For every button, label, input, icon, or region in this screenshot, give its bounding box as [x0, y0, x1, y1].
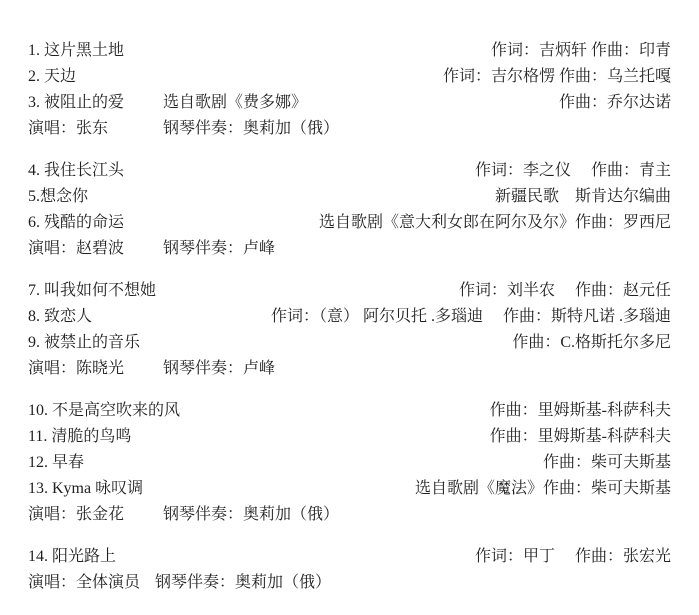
song-credit: 作曲：乔尔达诺 — [559, 90, 671, 116]
song-credit: 选自歌剧《魔法》作曲：柴可夫斯基 — [415, 476, 671, 502]
song-title: 7. 叫我如何不想她 — [28, 278, 156, 304]
song-credit: 作曲：C.格斯托尔多尼 — [512, 330, 671, 356]
performer-row: 演唱：张金花 钢琴伴奏：奥莉加（俄） — [0, 502, 699, 528]
song-title: 14. 阳光路上 — [28, 544, 116, 570]
performer-row: 演唱：赵碧波 钢琴伴奏：卢峰 — [0, 236, 699, 262]
song-title: 6. 残酷的命运 — [28, 210, 124, 236]
song-row: 2. 天边 作词：吉尔格愣 作曲：乌兰托嘎 — [0, 64, 699, 90]
performer-pianist: 钢琴伴奏：卢峰 — [163, 236, 275, 262]
song-row: 6. 残酷的命运 选自歌剧《意大利女郎在阿尔及尔》作曲：罗西尼 — [0, 210, 699, 236]
performer-singer: 演唱：赵碧波 — [28, 236, 124, 262]
program-document: 1. 这片黑土地 作词：吉炳轩 作曲：印青 2. 天边 作词：吉尔格愣 作曲：乌… — [0, 0, 699, 615]
song-title: 11. 清脆的鸟鸣 — [28, 424, 131, 450]
song-title: 3. 被阻止的爱 — [28, 90, 124, 116]
song-credit: 作词：李之仪 作曲：青主 — [475, 158, 671, 184]
song-credit: 选自歌剧《意大利女郎在阿尔及尔》作曲：罗西尼 — [319, 210, 671, 236]
song-title: 9. 被禁止的音乐 — [28, 330, 140, 356]
song-credit: 作曲：里姆斯基-科萨科夫 — [490, 398, 671, 424]
song-credit: 作曲：里姆斯基-科萨科夫 — [490, 424, 671, 450]
program-section-4: 10. 不是高空吹来的风 作曲：里姆斯基-科萨科夫 11. 清脆的鸟鸣 作曲：里… — [0, 398, 699, 528]
song-row: 7. 叫我如何不想她 作词：刘半农 作曲：赵元任 — [0, 278, 699, 304]
song-credit: 作词：（意） 阿尔贝托 .多瑙迪 作曲：斯特凡诺 .多瑙迪 — [271, 304, 671, 330]
program-section-3: 7. 叫我如何不想她 作词：刘半农 作曲：赵元任 8. 致恋人 作词：（意） 阿… — [0, 278, 699, 382]
song-row: 11. 清脆的鸟鸣 作曲：里姆斯基-科萨科夫 — [0, 424, 699, 450]
performer-pianist: 钢琴伴奏：奥莉加（俄） — [163, 502, 339, 528]
song-row: 9. 被禁止的音乐 作曲：C.格斯托尔多尼 — [0, 330, 699, 356]
song-title: 13. Kyma 咏叹调 — [28, 476, 143, 502]
performer-singer: 演唱：张金花 — [28, 502, 124, 528]
song-title: 1. 这片黑土地 — [28, 38, 124, 64]
song-credit: 新疆民歌 斯肯达尔编曲 — [495, 184, 671, 210]
program-section-1: 1. 这片黑土地 作词：吉炳轩 作曲：印青 2. 天边 作词：吉尔格愣 作曲：乌… — [0, 38, 699, 142]
song-row: 14. 阳光路上 作词：甲丁 作曲：张宏光 — [0, 544, 699, 570]
performer-pianist: 钢琴伴奏：卢峰 — [163, 356, 275, 382]
song-credit: 作曲：柴可夫斯基 — [543, 450, 671, 476]
song-row: 13. Kyma 咏叹调 选自歌剧《魔法》作曲：柴可夫斯基 — [0, 476, 699, 502]
song-title: 10. 不是高空吹来的风 — [28, 398, 180, 424]
program-section-5: 14. 阳光路上 作词：甲丁 作曲：张宏光 演唱：全体演员 钢琴伴奏：奥莉加（俄… — [0, 544, 699, 596]
song-title: 12. 早春 — [28, 450, 84, 476]
song-row: 12. 早春 作曲：柴可夫斯基 — [0, 450, 699, 476]
song-title: 8. 致恋人 — [28, 304, 92, 330]
song-row: 4. 我住长江头 作词：李之仪 作曲：青主 — [0, 158, 699, 184]
performer-pianist: 钢琴伴奏：奥莉加（俄） — [155, 570, 331, 596]
performer-singer: 演唱：张东 — [28, 116, 108, 142]
song-title: 4. 我住长江头 — [28, 158, 124, 184]
song-title: 2. 天边 — [28, 64, 76, 90]
song-row: 3. 被阻止的爱 选自歌剧《费多娜》 作曲：乔尔达诺 — [0, 90, 699, 116]
song-credit: 作词：刘半农 作曲：赵元任 — [459, 278, 671, 304]
song-row: 10. 不是高空吹来的风 作曲：里姆斯基-科萨科夫 — [0, 398, 699, 424]
song-credit: 作词：吉尔格愣 作曲：乌兰托嘎 — [443, 64, 671, 90]
song-title: 5.想念你 — [28, 184, 88, 210]
song-credit: 作词：甲丁 作曲：张宏光 — [475, 544, 671, 570]
performer-singer: 演唱：陈晓光 — [28, 356, 124, 382]
performer-row: 演唱：张东 钢琴伴奏：奥莉加（俄） — [0, 116, 699, 142]
song-row: 8. 致恋人 作词：（意） 阿尔贝托 .多瑙迪 作曲：斯特凡诺 .多瑙迪 — [0, 304, 699, 330]
performer-singer: 演唱：全体演员 — [28, 570, 140, 596]
program-section-2: 4. 我住长江头 作词：李之仪 作曲：青主 5.想念你 新疆民歌 斯肯达尔编曲 … — [0, 158, 699, 262]
performer-pianist: 钢琴伴奏：奥莉加（俄） — [163, 116, 339, 142]
performer-row: 演唱：陈晓光 钢琴伴奏：卢峰 — [0, 356, 699, 382]
song-opera-note: 选自歌剧《费多娜》 — [163, 90, 307, 116]
performer-row: 演唱：全体演员 钢琴伴奏：奥莉加（俄） — [0, 570, 699, 596]
song-row: 5.想念你 新疆民歌 斯肯达尔编曲 — [0, 184, 699, 210]
song-credit: 作词：吉炳轩 作曲：印青 — [491, 38, 671, 64]
song-row: 1. 这片黑土地 作词：吉炳轩 作曲：印青 — [0, 38, 699, 64]
